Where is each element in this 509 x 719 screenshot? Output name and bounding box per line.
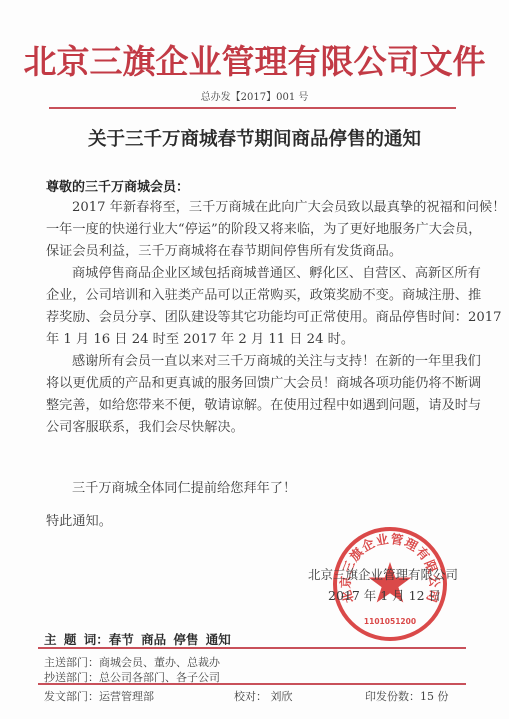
signature-org: 北京三旗企业管理有限公司 [308, 565, 458, 583]
body-line: 商城停售商品企业区域包括商城普通区、孵化区、自营区、高新区所有 [46, 263, 466, 285]
copies-label: 印发份数： [365, 690, 420, 703]
signature-date: 2017 年 1 月 12 日 [328, 586, 441, 604]
copies-value: 15 份 [420, 690, 449, 703]
keywords-value: 春节 商品 停售 通知 [109, 632, 231, 647]
issuer-value: 运营管理部 [99, 690, 154, 703]
body-line: 年 1 月 16 日 24 时至 2017 年 2 月 11 日 24 时。 [46, 329, 466, 351]
body-line: 公司客服联系，我们会尽快解决。 [46, 417, 466, 439]
proofreader-label: 校对： [234, 690, 267, 703]
body-line: 2017 年新春将至，三千万商城在此向广大会员致以最真挚的祝福和问候！ [46, 197, 466, 219]
company-seal-icon: 北京三旗企业管理有限公司 1101051200 [330, 524, 450, 644]
paragraph-3: 感谢所有会员一直以来对三千万商城的关注与支持！在新的一年里我们 将以更优质的产品… [46, 351, 466, 439]
main-recipients-row: 主送部门：商城会员、董办、总裁办 [44, 654, 220, 670]
proofreader-row: 校对： 刘欣 [234, 688, 293, 704]
proofreader-value: 刘欣 [271, 690, 293, 703]
body-line: 一年一度的快递行业大“停运”的阶段又将来临，为了更好地服务广大会员， [46, 219, 466, 241]
body-line: 将以更优质的产品和更真诚的服务回馈广大会员！商城各项功能仍将不断调 [46, 373, 466, 395]
body-line: 整完善，如给您带来不便，敬请谅解。在使用过程中如遇到问题，请及时与 [46, 395, 466, 417]
copies-row: 印发份数：15 份 [365, 688, 449, 704]
header-divider [49, 107, 456, 109]
notice-title: 关于三千万商城春节期间商品停售的通知 [0, 127, 509, 153]
body-line: 感谢所有会员一直以来对三千万商城的关注与支持！在新的一年里我们 [46, 351, 466, 373]
footer-divider-bottom [38, 683, 466, 685]
body-line: 保证会员利益，三千万商城将在春节期间停售所有发货商品。 [46, 241, 466, 263]
footer-divider-top [38, 647, 466, 649]
keywords-row: 主 题 词：春节 商品 停售 通知 [44, 630, 231, 648]
notice-body: 2017 年新春将至，三千万商城在此向广大会员致以最真挚的祝福和问候！ 一年一度… [46, 197, 466, 439]
main-recipients-value: 商城会员、董办、总裁办 [99, 656, 220, 669]
document-number: 总办发【2017】001 号 [0, 88, 509, 103]
salutation: 尊敬的三千万商城会员： [46, 176, 189, 195]
body-line: 企业，公司培训和入驻类产品可以正常购买，政策奖励不变。商城注册、推 [46, 285, 466, 307]
issuer-label: 发文部门： [44, 690, 99, 703]
body-line: 荐奖励、会员分享、团队建设等其它功能均可正常使用。商品停售时间：2017 [46, 307, 466, 329]
org-document-title: 北京三旗企业管理有限公司文件 [0, 40, 509, 84]
closing-greeting: 三千万商城全体同仁提前给您拜年了！ [72, 477, 296, 496]
paragraph-1: 2017 年新春将至，三千万商城在此向广大会员致以最真挚的祝福和问候！ 一年一度… [46, 197, 466, 263]
paragraph-2: 商城停售商品企业区域包括商城普通区、孵化区、自营区、高新区所有 企业，公司培训和… [46, 263, 466, 351]
keywords-label: 主 题 词： [44, 632, 109, 647]
special-note: 特此通知。 [46, 510, 112, 529]
main-recipients-label: 主送部门： [44, 656, 99, 669]
issuer-row: 发文部门：运营管理部 [44, 688, 154, 704]
svg-text:1101051200: 1101051200 [364, 617, 416, 626]
